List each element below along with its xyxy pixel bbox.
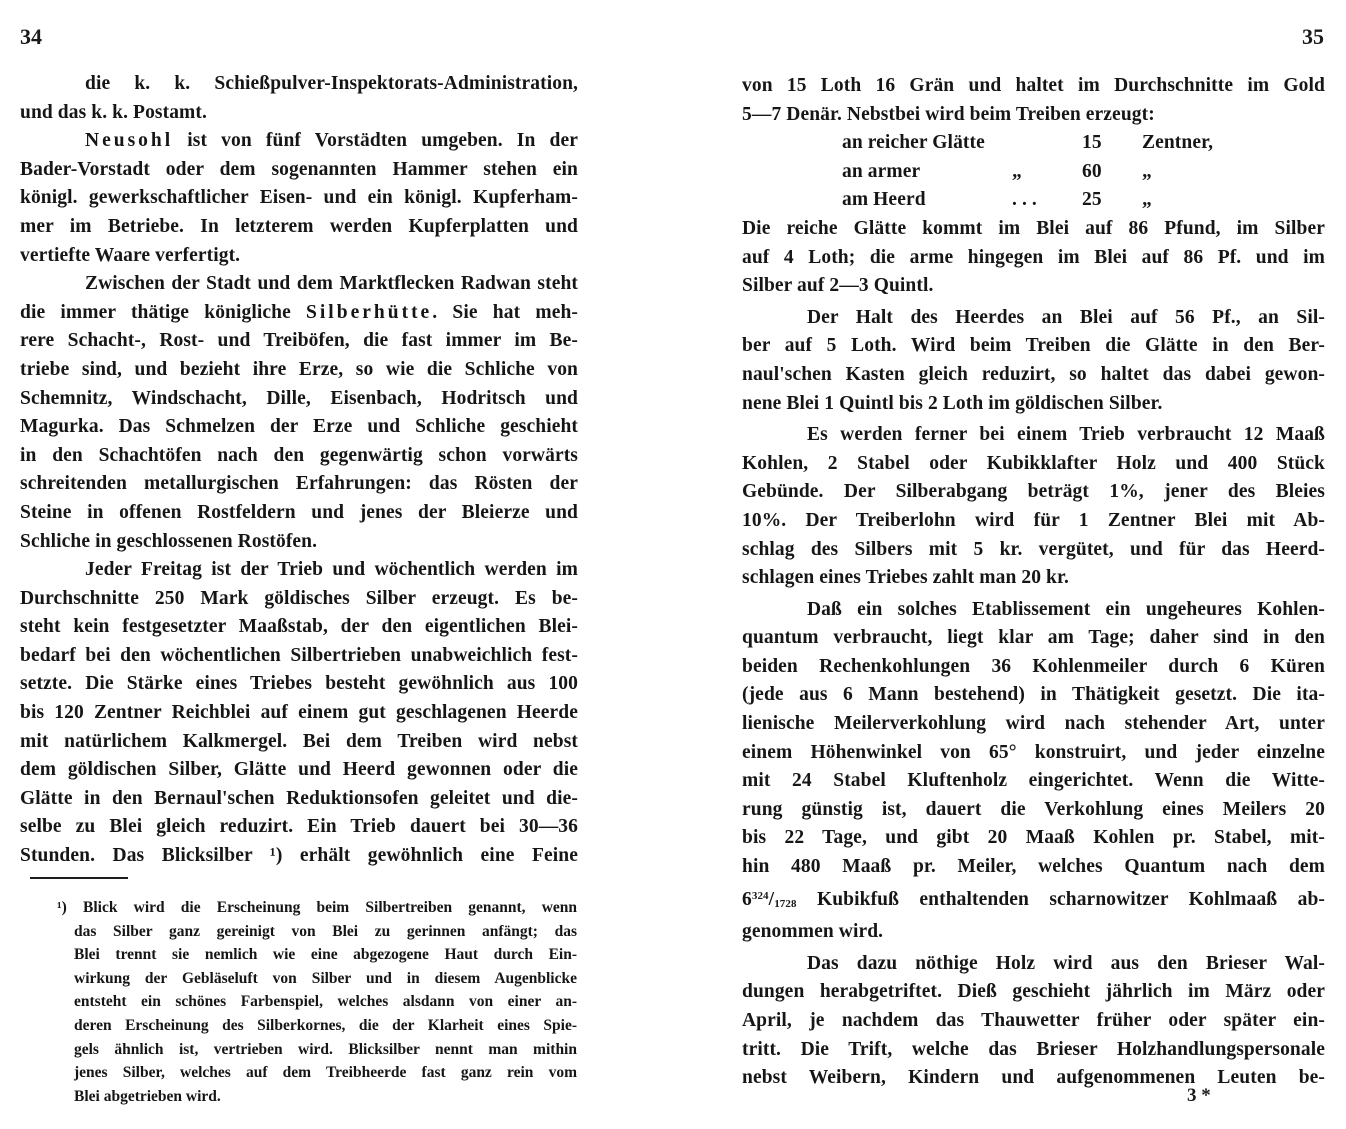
fraction-whole: 6 <box>742 889 752 910</box>
right-page-body: von 15 Loth 16 Grän und haltet im Durchs… <box>742 72 1325 1093</box>
text-line: schlagen eines Triebes zahlt man 20 kr. <box>742 564 1325 593</box>
text-line: Das dazu nöthige Holz wird aus den Bries… <box>742 950 1325 979</box>
text-line: dem göldischen Silber, Glätte und Heerd … <box>20 756 578 785</box>
text-line: in den Schachtöfen nach den gegenwärtig … <box>20 442 578 471</box>
text-line: die immer thätige königliche Silberhütte… <box>20 299 578 328</box>
left-page: 34 die k. k. Schießpulver-Inspektorats-A… <box>0 0 600 1129</box>
footnote-marker: ¹) <box>57 899 67 916</box>
text-line: 5—7 Denär. Nebstbei wird beim Treiben er… <box>742 101 1325 130</box>
footnote-line: das Silber ganz gereinigt von Blei zu ge… <box>57 920 577 944</box>
fraction-numerator: 324 <box>752 890 769 902</box>
text-line: setzte. Die Stärke eines Triebes besteht… <box>20 670 578 699</box>
footnote-line: jenes Silber, welches auf dem Treibheerd… <box>57 1061 577 1085</box>
left-page-body: die k. k. Schießpulver-Inspektorats-Admi… <box>20 70 578 871</box>
text-line: 6324/1728 Kubikfuß enthaltenden scharnow… <box>742 882 1325 919</box>
text-line: Magurka. Das Schmelzen der Erze und Schl… <box>20 413 578 442</box>
text-line: hin 480 Maaß pr. Meiler, welches Quantum… <box>742 853 1325 882</box>
text-line: naul'schen Kasten gleich reduzirt, so ha… <box>742 361 1325 390</box>
text-line: selbe zu Blei gleich reduzirt. Ein Trieb… <box>20 813 578 842</box>
footnote-rule <box>30 877 128 879</box>
text-line: Daß ein solches Etablissement ein ungehe… <box>742 596 1325 625</box>
text-line: königl. gewerkschaftlicher Eisen- und ei… <box>20 184 578 213</box>
text-line: die k. k. Schießpulver-Inspektorats-Admi… <box>20 70 578 99</box>
yield-table-row: an reicher Glätte15Zentner, <box>742 129 1325 158</box>
text-line: Schliche in geschlossenen Rostöfen. <box>20 528 578 557</box>
page-number-left: 34 <box>20 24 42 50</box>
text-line: nene Blei 1 Quintl bis 2 Loth im göldisc… <box>742 390 1325 419</box>
text-line: auf 4 Loth; die arme hingegen im Blei au… <box>742 244 1325 273</box>
text-line: Die reiche Glätte kommt im Blei auf 86 P… <box>742 215 1325 244</box>
footnote: ¹) Blick wird die Erscheinung beim Silbe… <box>57 896 577 1108</box>
spaced-word: Silberhütte <box>306 302 432 323</box>
fraction-denominator: 1728 <box>774 898 796 910</box>
text-line: mer im Betriebe. In letzterem werden Kup… <box>20 213 578 242</box>
text-line: April, je nachdem das Thauwetter früher … <box>742 1007 1325 1036</box>
text-line: steht kein festgesetzter Maaßstab, der d… <box>20 613 578 642</box>
text-line: Steine in offenen Rostfeldern und jenes … <box>20 499 578 528</box>
text-line: triebe sind, und bezieht ihre Erze, so w… <box>20 356 578 385</box>
text-line: bedarf bei den wöchentlichen Silbertrieb… <box>20 642 578 671</box>
text-line: schreitenden metallurgischen Erfahrungen… <box>20 470 578 499</box>
page-number-right: 35 <box>1302 24 1324 50</box>
text-line: von 15 Loth 16 Grän und haltet im Durchs… <box>742 72 1325 101</box>
text-line: Glätte in den Bernaul'schen Reduktionsof… <box>20 785 578 814</box>
text-line: Durchschnitte 250 Mark göldisches Silber… <box>20 585 578 614</box>
text-line: bis 22 Tage, und gibt 20 Maaß Kohlen pr.… <box>742 824 1325 853</box>
text-line: lienische Meilerverkohlung wird nach ste… <box>742 710 1325 739</box>
text-line: Jeder Freitag ist der Trieb und wöchentl… <box>20 556 578 585</box>
text-line: genommen wird. <box>742 918 1325 947</box>
text-line: bis 120 Zentner Reichblei auf einem gut … <box>20 699 578 728</box>
text-line: Der Halt des Heerdes an Blei auf 56 Pf.,… <box>742 304 1325 333</box>
right-page: 35 von 15 Loth 16 Grän und haltet im Dur… <box>700 0 1346 1129</box>
text-line: Bader-Vorstadt oder dem sogenannten Hamm… <box>20 156 578 185</box>
footnote-line: gels ähnlich ist, vertrieben wird. Blick… <box>57 1038 577 1062</box>
footnote-line: deren Erscheinung des Silberkornes, die … <box>57 1014 577 1038</box>
text-line: 10%. Der Treiberlohn wird für 1 Zentner … <box>742 507 1325 536</box>
text-line: schlag des Silbers mit 5 kr. vergütet, u… <box>742 536 1325 565</box>
yield-table-row: am Heerd. . .25„ <box>742 186 1325 215</box>
text-line: Gebünde. Der Silberabgang beträgt 1%, je… <box>742 478 1325 507</box>
text-line: mit 24 Stabel Kluftenholz eingerichtet. … <box>742 767 1325 796</box>
yield-table-row: an armer„60„ <box>742 158 1325 187</box>
footnote-line: wirkung der Gebläseluft von Silber und i… <box>57 967 577 991</box>
text-line: Stunden. Das Blicksilber ¹) erhält gewöh… <box>20 842 578 871</box>
text-line: nebst Weibern, Kindern und aufgenommenen… <box>742 1064 1325 1093</box>
text-line: rere Schacht-, Rost- und Treiböfen, die … <box>20 327 578 356</box>
text-line: einem Höhenwinkel von 65° konstruirt, un… <box>742 739 1325 768</box>
text-line: dungen herabgetriftet. Dieß geschieht jä… <box>742 978 1325 1007</box>
text-line: ber auf 5 Loth. Wird beim Treiben die Gl… <box>742 332 1325 361</box>
text-line: rung günstig ist, dauert die Verkohlung … <box>742 796 1325 825</box>
signature-mark: 3 * <box>1187 1085 1211 1107</box>
text-line: Neusohl ist von fünf Vorstädten umgeben.… <box>20 127 578 156</box>
footnote-line: Blei abgetrieben wird. <box>57 1085 577 1109</box>
text-line: mit natürlichem Kalkmergel. Bei dem Trei… <box>20 728 578 757</box>
text-line: Kohlen, 2 Stabel oder Kubikklafter Holz … <box>742 450 1325 479</box>
text-line: Schemnitz, Windschacht, Dille, Eisenbach… <box>20 385 578 414</box>
text-line: vertiefte Waare verfertigt. <box>20 242 578 271</box>
text-line: Silber auf 2—3 Quintl. <box>742 272 1325 301</box>
footnote-line: ¹) Blick wird die Erscheinung beim Silbe… <box>57 896 577 920</box>
footnote-line: entsteht ein schönes Farbenspiel, welche… <box>57 990 577 1014</box>
text-line: quantum verbraucht, liegt klar am Tage; … <box>742 624 1325 653</box>
text-line: (jede aus 6 Mann bestehend) in Thätigkei… <box>742 681 1325 710</box>
footnote-line: Blei trennt sie nemlich wie eine abgezog… <box>57 943 577 967</box>
text-line: Es werden ferner bei einem Trieb verbrau… <box>742 421 1325 450</box>
text-line: beiden Rechenkohlungen 36 Kohlenmeiler d… <box>742 653 1325 682</box>
spaced-word: Neusohl <box>85 130 173 151</box>
text-line: tritt. Die Trift, welche das Brieser Hol… <box>742 1036 1325 1065</box>
text-line: und das k. k. Postamt. <box>20 99 578 128</box>
text-line: Zwischen der Stadt und dem Marktflecken … <box>20 270 578 299</box>
